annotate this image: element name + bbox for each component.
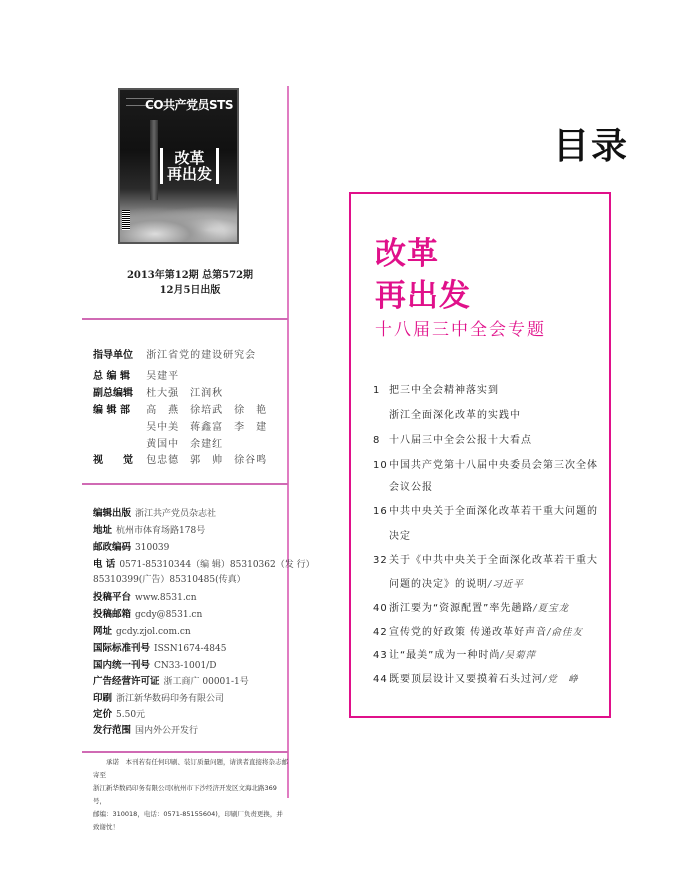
staff-row-editor-in-chief: 总 编 辑 吴建平 [93,367,179,382]
toc-entry-title-cont: 会议公报 [389,482,433,493]
toc-entry-32[interactable]: 32关于《中共中央关于全面深化改革若干重大 [373,551,598,566]
toc-entry-title: 中共中央关于全面深化改革若干重大问题的 [389,506,598,517]
staff-value: 吴建平 [146,371,179,382]
toc-entry-title-cont: 决定 [389,531,411,542]
toc-entry-1[interactable]: 1把三中全会精神落实到 [373,381,499,396]
toc-page-number: 1 [373,385,389,396]
info-label: 投稿邮箱 [93,609,131,620]
notice-line: 承诺 本刊若有任何印刷、装订质量问题，请读者直接将杂志邮寄至 [93,756,288,782]
info-row-submission-email: 投稿邮箱gcdy@8531.cn [93,606,202,620]
feature-title-line1: 改革 [375,228,439,273]
info-row-publisher: 编辑出版浙江共产党员杂志社 [93,505,216,519]
staff-value: 包忠德 郭 帅 徐谷鸣 [146,455,267,466]
divider-after-issue [82,318,288,320]
toc-page-number: 40 [373,603,389,614]
info-label: 印刷 [93,693,112,704]
toc-page-number: 16 [373,506,389,517]
toc-entry-title: 十八届三中全会公报十大看点 [389,435,532,446]
toc-entry-author: /习近平 [488,579,524,590]
divider-after-info [82,751,288,753]
cover-masthead: CO共产党员STS [120,96,237,113]
info-label: 国际标准刊号 [93,643,150,654]
info-value[interactable]: gcdy.zjol.com.cn [116,627,191,637]
feature-subtitle: 十八届三中全会专题 [375,315,546,340]
info-row-price: 定价5.50元 [93,706,145,720]
toc-entry-title: 让“最美”成为一种时尚 [389,650,500,661]
staff-label: 视 觉 [93,451,143,466]
info-row-website: 网址gcdy.zjol.com.cn [93,623,191,637]
issue-number: 2013年第12期 总第572期 [100,266,280,281]
staff-label: 总 编 辑 [93,367,143,382]
toc-entry-1-cont[interactable]: 浙江全面深化改革的实践中 [389,406,521,421]
toc-entry-44[interactable]: 44既要顶层设计又要摸着石头过河/党 峥 [373,670,579,685]
staff-row-visual: 视 觉 包忠德 郭 帅 徐谷鸣 [93,451,267,466]
toc-entry-title: 浙江要为“资源配置”率先趟路 [389,603,533,614]
notice-line: 浙江新华数码印务有限公司(杭州市下沙经济开发区文海北路369号， [93,782,288,808]
toc-entry-title-cont: 问题的决定》的说明 [389,579,488,590]
toc-entry-author: /吴菊萍 [500,650,536,661]
info-label: 投稿平台 [93,592,131,603]
info-value[interactable]: www.8531.cn [135,593,197,603]
info-value: 国内外公开发行 [135,726,198,736]
info-row-submission-platform: 投稿平台www.8531.cn [93,589,197,603]
toc-entry-title: 既要顶层设计又要摸着石头过河 [389,674,543,685]
toc-entry-16[interactable]: 16中共中央关于全面深化改革若干重大问题的 [373,502,598,517]
staff-label: 指导单位 [93,346,143,361]
info-value: 0571-85310344（编 辑）85310362（发 行） [119,560,314,570]
info-row-address: 地址杭州市体育场路178号 [93,522,205,536]
toc-entry-32-cont[interactable]: 问题的决定》的说明/习近平 [389,575,524,590]
info-value: ISSN1674-4845 [154,644,226,654]
toc-page-number: 10 [373,460,389,471]
staff-label: 编 辑 部 [93,401,143,416]
toc-entry-title: 中国共产党第十八届中央委员会第三次全体 [389,460,598,471]
info-value: 85310399(广告）85310485(传真） [93,575,246,585]
column-divider-vertical [287,86,289,798]
toc-entry-10[interactable]: 10中国共产党第十八届中央委员会第三次全体 [373,456,598,471]
staff-row-editorial-dept-3: 黄国中 余建红 [93,435,223,450]
toc-entry-42[interactable]: 42宣传党的好政策 传递改革好声音/俞佳友 [373,623,583,638]
info-label: 邮政编码 [93,542,131,553]
issue-date: 12月5日出版 [100,281,280,296]
staff-row-guidance: 指导单位 浙江省党的建设研究会 [93,346,256,361]
staff-label: 副总编辑 [93,384,143,399]
info-value: 浙江新华数码印务有限公司 [116,694,224,704]
toc-page-number: 32 [373,555,389,566]
info-value[interactable]: gcdy@8531.cn [135,610,202,620]
cover-rocket-graphic [150,120,158,200]
toc-entry-title-cont: 浙江全面深化改革的实践中 [389,410,521,421]
magazine-cover-image: CO共产党员STS 改革 再出发 [118,88,239,244]
info-value: 杭州市体育场路178号 [116,526,205,536]
staff-row-editorial-dept: 编 辑 部 高 燕 徐培武 徐 艳 [93,401,267,416]
cover-title: 改革 再出发 [160,148,219,184]
info-label: 地址 [93,525,112,536]
info-value: 5.50元 [116,710,145,720]
info-label: 国内统一刊号 [93,660,150,671]
staff-row-editorial-dept-2: 吴中美 蒋鑫富 李 建 [93,418,267,433]
cover-smoke-graphic [120,202,237,242]
toc-entry-43[interactable]: 43让“最美”成为一种时尚/吴菊萍 [373,646,536,661]
toc-entry-title: 宣传党的好政策 传递改革好声音 [389,627,547,638]
info-value: 浙江共产党员杂志社 [135,509,216,519]
toc-entry-title: 关于《中共中央关于全面深化改革若干重大 [389,555,598,566]
cover-title-line1: 改革 [167,150,212,166]
info-row-printer: 印刷浙江新华数码印务有限公司 [93,690,224,704]
info-row-issn: 国际标准刊号ISSN1674-4845 [93,640,226,654]
notice-line: 邮编：310018，电话：0571-85155604)，印刷厂负责更换，并致谢忱… [93,808,288,834]
info-value: CN33-1001/D [154,661,216,671]
staff-value: 高 燕 徐培武 徐 艳 [146,405,267,416]
info-value: 310039 [135,543,169,553]
toc-entry-8[interactable]: 8十八届三中全会公报十大看点 [373,431,532,446]
toc-entry-title: 把三中全会精神落实到 [389,385,499,396]
toc-page-number: 44 [373,674,389,685]
toc-entry-author: /党 峥 [543,674,579,685]
staff-value: 杜大强 江润秋 [146,388,223,399]
info-row-postcode: 邮政编码310039 [93,539,169,553]
feature-title-line2: 再出发 [375,270,471,315]
info-label: 网址 [93,626,112,637]
cover-title-line2: 再出发 [167,166,212,182]
toc-page-number: 42 [373,627,389,638]
staff-row-deputy-editor: 副总编辑 杜大强 江润秋 [93,384,223,399]
info-row-ad-license: 广告经营许可证浙工商广 00001-1号 [93,673,249,687]
quality-notice: 承诺 本刊若有任何印刷、装订质量问题，请读者直接将杂志邮寄至 浙江新华数码印务有… [93,756,288,834]
staff-value: 吴中美 蒋鑫富 李 建 [146,422,267,433]
toc-entry-10-cont[interactable]: 会议公报 [389,478,433,493]
info-row-cn: 国内统一刊号CN33-1001/D [93,657,216,671]
divider-after-staff [82,483,288,485]
info-label: 电 话 [93,559,115,570]
barcode-icon [122,210,130,230]
toc-entry-16-cont[interactable]: 决定 [389,527,411,542]
toc-entry-author: /俞佳友 [547,627,583,638]
toc-page-number: 43 [373,650,389,661]
toc-entry-40[interactable]: 40浙江要为“资源配置”率先趟路/夏宝龙 [373,599,569,614]
info-value: 浙工商广 00001-1号 [164,677,249,687]
toc-page-number: 8 [373,435,389,446]
toc-heading: 目录 [553,118,629,169]
info-row-phone: 电 话0571-85310344（编 辑）85310362（发 行） [93,556,315,570]
info-label: 发行范围 [93,725,131,736]
staff-value: 黄国中 余建红 [146,439,223,450]
staff-value: 浙江省党的建设研究会 [146,350,256,361]
info-label: 定价 [93,709,112,720]
info-row-phone-2: 85310399(广告）85310485(传真） [93,572,246,585]
toc-entry-author: /夏宝龙 [533,603,569,614]
info-label: 编辑出版 [93,508,131,519]
info-label: 广告经营许可证 [93,676,160,687]
info-row-distribution: 发行范围国内外公开发行 [93,722,198,736]
